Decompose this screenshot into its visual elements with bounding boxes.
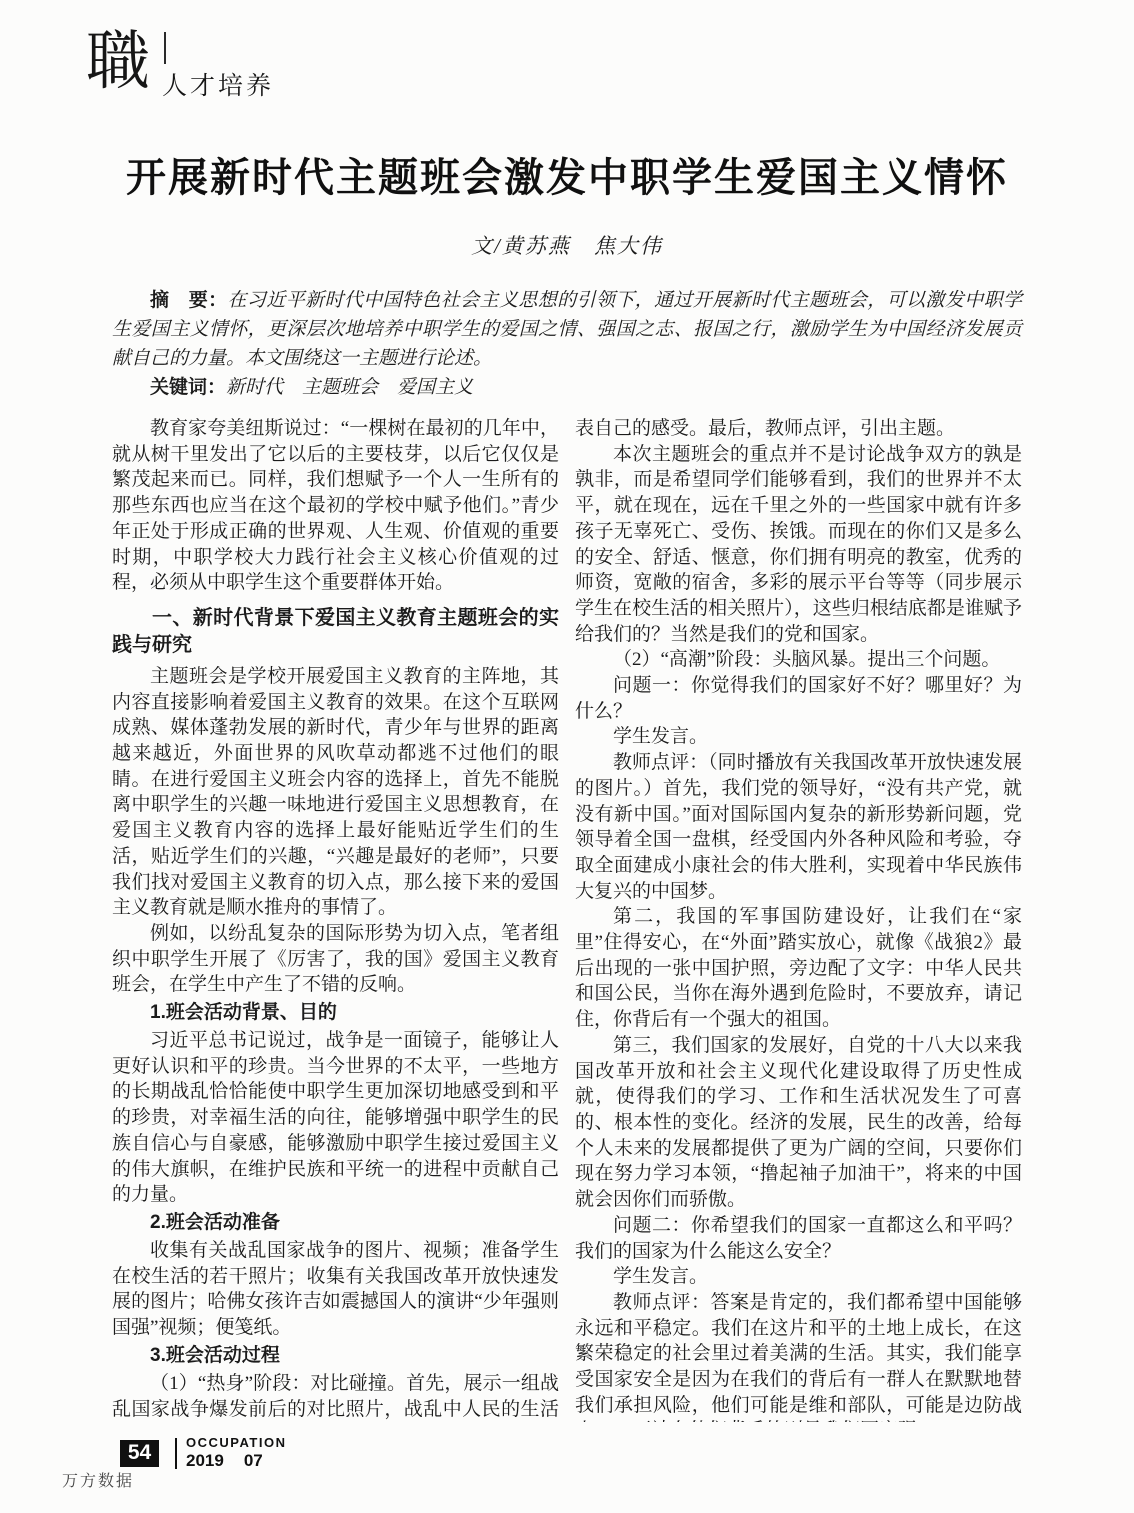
paragraph: 学生发言。	[575, 1264, 1022, 1290]
paragraph: 例如，以纷乱复杂的国际形势为切入点，笔者组织中职学生开展了《厉害了，我的国》爱国…	[112, 921, 559, 998]
paragraph: （1）“热身”阶段：对比碰撞。首先，展示一组战乱国家战争爆发前后的对比照片，战乱…	[112, 1371, 559, 1422]
keywords-label: 关键词：	[150, 377, 226, 398]
paragraph: 学生发言。	[575, 724, 1022, 750]
article-body: 教育家夸美纽斯说过：“一棵树在最初的几年中，就从树干里发出了它以后的主要枝芽，以…	[112, 416, 1022, 1422]
abstract-text: 在习近平新时代中国特色社会主义思想的引领下，通过开展新时代主题班会，可以激发中职…	[112, 290, 1022, 369]
column-left: 教育家夸美纽斯说过：“一棵树在最初的几年中，就从树干里发出了它以后的主要枝芽，以…	[112, 416, 559, 1422]
footer-divider	[175, 1438, 177, 1469]
sub-heading: 3.班会活动过程	[112, 1343, 559, 1369]
paragraph: 教育家夸美纽斯说过：“一棵树在最初的几年中，就从树干里发出了它以后的主要枝芽，以…	[112, 416, 559, 596]
journal-meta: OCCUPATION 2019 07	[186, 1436, 286, 1470]
issue-line: 2019 07	[186, 1452, 286, 1470]
paragraph: 本次主题班会的重点并不是讨论战争双方的孰是孰非，而是希望同学们能够看到，我们的世…	[575, 442, 1022, 648]
paragraph: 教师点评：答案是肯定的，我们都希望中国能够永远和平稳定。我们在这片和平的土地上成…	[575, 1290, 1022, 1422]
abstract-block: 摘 要：在习近平新时代中国特色社会主义思想的引领下，通过开展新时代主题班会，可以…	[112, 286, 1022, 402]
abstract-paragraph: 摘 要：在习近平新时代中国特色社会主义思想的引领下，通过开展新时代主题班会，可以…	[112, 286, 1022, 373]
sub-heading: 2.班会活动准备	[112, 1210, 559, 1236]
section-heading: 一、新时代背景下爱国主义教育主题班会的实践与研究	[112, 605, 559, 659]
paragraph: 第三，我们国家的发展好，自党的十八大以来我国改革开放和社会主义现代化建设取得了历…	[575, 1033, 1022, 1213]
paragraph: 问题一：你觉得我们的国家好不好？哪里好？为什么？	[575, 673, 1022, 724]
journal-page: 職 人才培养 开展新时代主题班会激发中职学生爱国主义情怀 文/黄苏燕 焦大伟 摘…	[0, 0, 1134, 1513]
keywords-text: 新时代 主题班会 爱国主义	[226, 377, 473, 398]
paragraph: （2）“高潮”阶段：头脑风暴。提出三个问题。	[575, 647, 1022, 673]
sub-heading: 1.班会活动背景、目的	[112, 1000, 559, 1026]
issue-number: 07	[244, 1452, 263, 1470]
journal-logo: 職	[86, 26, 150, 98]
journal-masthead: 職 人才培养	[86, 26, 274, 102]
journal-name: OCCUPATION	[186, 1436, 286, 1450]
page-footer: 54 OCCUPATION 2019 07	[120, 1436, 286, 1470]
masthead-right: 人才培养	[162, 26, 274, 102]
keywords-paragraph: 关键词：新时代 主题班会 爱国主义	[112, 373, 1022, 402]
paragraph: 主题班会是学校开展爱国主义教育的主阵地，其内容直接影响着爱国主义教育的效果。在这…	[112, 664, 559, 921]
paragraph: 收集有关战乱国家战争的图片、视频；准备学生在校生活的若干照片；收集有关我国改革开…	[112, 1238, 559, 1341]
paragraph: 问题二：你希望我们的国家一直都这么和平吗？我们的国家为什么能这么安全？	[575, 1213, 1022, 1264]
issue-year: 2019	[186, 1452, 224, 1470]
page-number: 54	[120, 1440, 159, 1467]
column-right: 表自己的感受。最后，教师点评，引出主题。本次主题班会的重点并不是讨论战争双方的孰…	[575, 416, 1022, 1422]
wanfang-watermark: 万方数据	[62, 1468, 134, 1491]
journal-section-label: 人才培养	[162, 66, 274, 102]
paragraph: 教师点评：（同时播放有关我国改革开放快速发展的图片。）首先，我们党的领导好，“没…	[575, 750, 1022, 904]
paragraph: 表自己的感受。最后，教师点评，引出主题。	[575, 416, 1022, 442]
abstract-label: 摘 要：	[150, 290, 228, 311]
paragraph: 第二，我国的军事国防建设好，让我们在“家里”住得安心，在“外面”踏实放心，就像《…	[575, 904, 1022, 1033]
paragraph: 习近平总书记说过，战争是一面镜子，能够让人更好认识和平的珍贵。当今世界的不太平，…	[112, 1028, 559, 1208]
masthead-divider	[164, 32, 166, 64]
byline: 文/黄苏燕 焦大伟	[0, 230, 1134, 260]
